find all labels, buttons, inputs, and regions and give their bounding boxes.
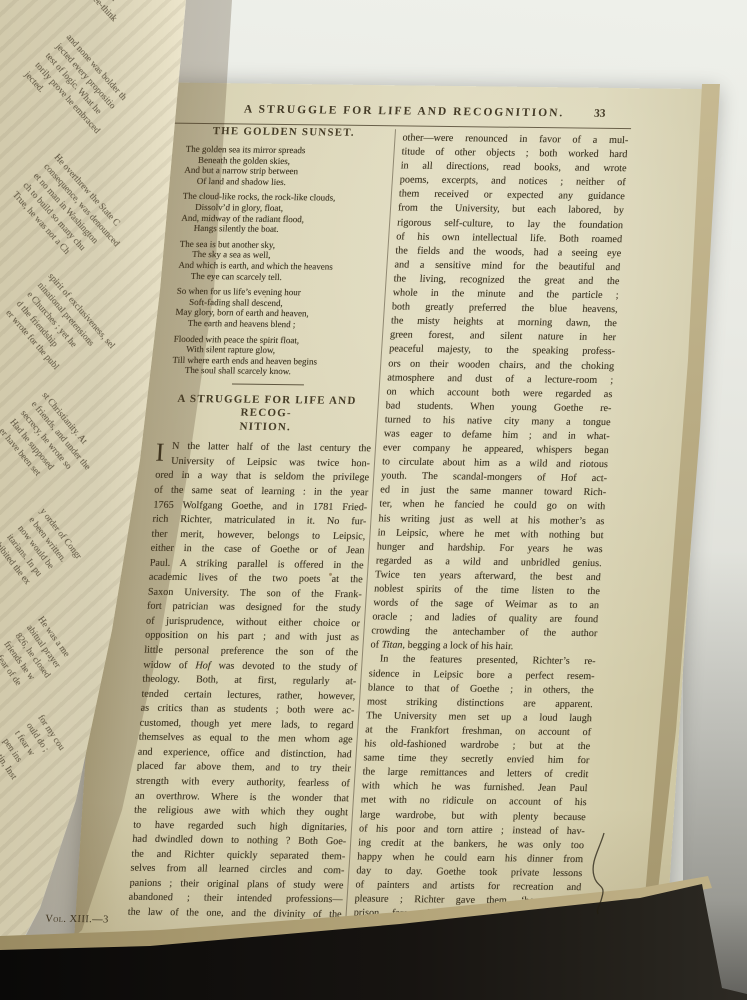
drop-cap: I (155, 440, 165, 466)
poem-stanza: So when for us life’s evening hourSoft-f… (175, 286, 382, 331)
poem-line: Of land and shadow lies. (196, 176, 388, 189)
poem-stanza: The cloud-like rocks, the rock-like clou… (180, 191, 387, 236)
section-title: A STRUGGLE FOR LIFE AND RECOG- NITION. (158, 393, 374, 436)
right-column: other—were renounced in favor of a mul-t… (351, 131, 628, 951)
poem-line: The soul shall scarcely know. (185, 365, 377, 378)
poem-line: The eye can scarcely tell. (190, 270, 382, 283)
text-line: sauntered to the drawing-room of the (351, 935, 578, 952)
poem-title: THE GOLDEN SUNSET. (177, 125, 392, 140)
section-title-line1: A STRUGGLE FOR LIFE AND RECOG- (159, 393, 375, 423)
left-column: THE GOLDEN SUNSET. The golden sea its mi… (127, 125, 391, 923)
poem-stanza: Flooded with peace the spirit float,With… (172, 333, 379, 378)
poem-line: Hangs silently the boat. (193, 223, 385, 236)
right-page: A STRUGGLE FOR LIFE AND RECOGNITION. 33 … (71, 82, 719, 989)
section-rule (232, 383, 304, 385)
poem-stanza: The golden sea its mirror spreadsBeneath… (183, 144, 390, 189)
page-number: 33 (594, 108, 606, 120)
text-line: the law of the one, and the divinity of … (127, 906, 342, 923)
running-head: A STRUGGLE FOR LIFE AND RECOGNITION. (178, 103, 630, 121)
poem-stanza: The sea is but another sky,The sky a sea… (177, 239, 384, 284)
section-title-line2: NITION. (158, 420, 373, 436)
book-photograph: A STRUGGLE FOR LIFE AND RECOGNITION. 33 … (0, 0, 747, 1000)
poem: The golden sea its mirror spreadsBeneath… (172, 144, 390, 378)
signature-mark: Vol. XIII.—3 (45, 914, 109, 926)
article-left-column-text: I N the latter half of the last century … (127, 440, 371, 923)
poem-line: The earth and heavens blend ; (187, 318, 379, 331)
